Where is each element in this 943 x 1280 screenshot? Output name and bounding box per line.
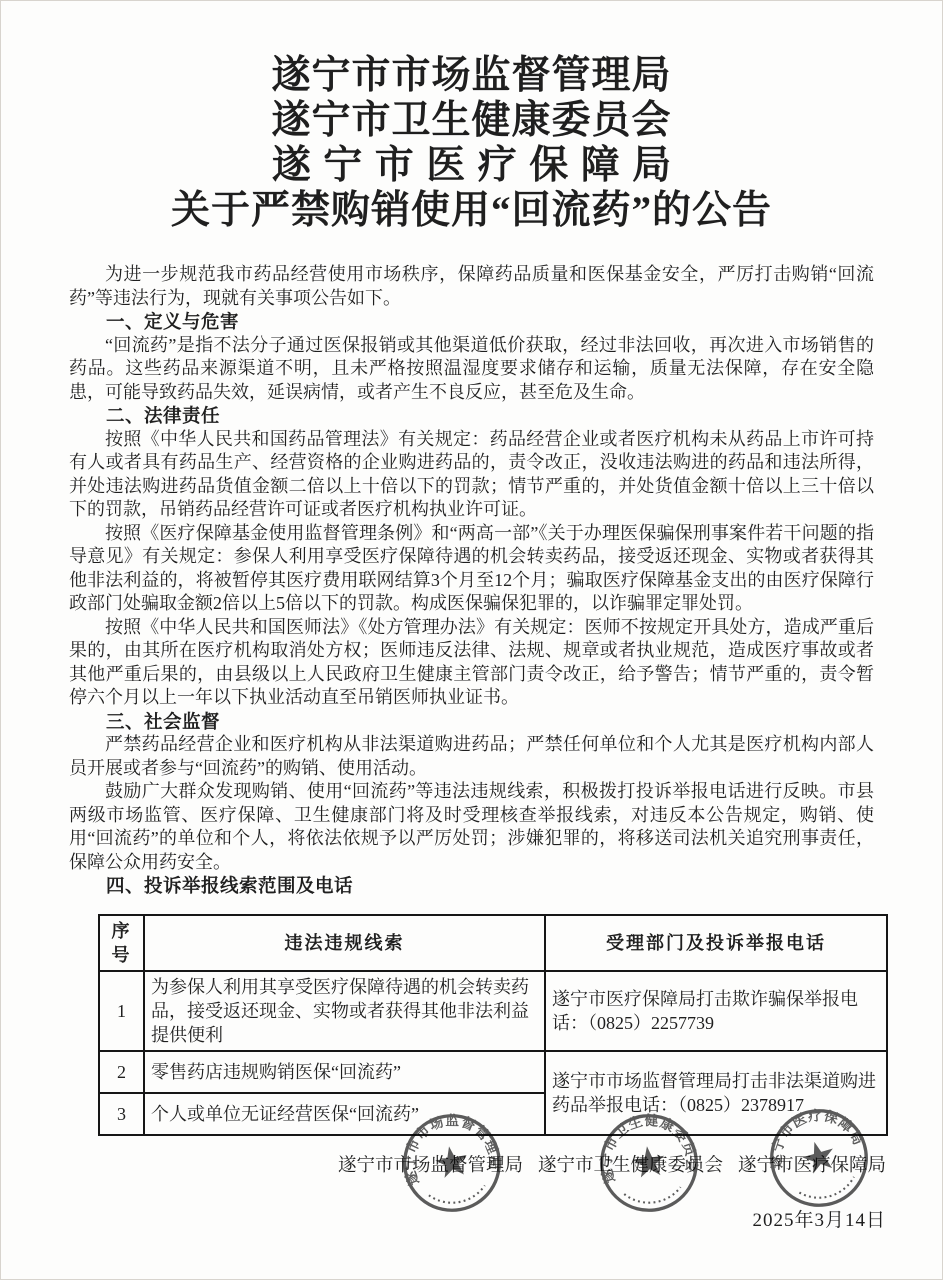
- section-3-paragraph-1: 严禁药品经营企业和医疗机构从非法渠道购进药品；严禁任何单位和个人尤其是医疗机构内…: [69, 733, 874, 780]
- issuing-agency-line-3: 遂宁市医疗保障局: [1, 143, 942, 188]
- signature-agency-2: 遂宁市卫生健康委员会: [538, 1151, 723, 1177]
- section-1-paragraph-1: “回流药”是指不法分子通过医保报销或其他渠道低价获取，经过非法回收，再次进入市场…: [69, 334, 874, 405]
- clue-cell: 个人或单位无证经营医保“回流药”: [144, 1093, 545, 1135]
- row-number-cell: 3: [99, 1093, 144, 1135]
- contact-cell: 遂宁市医疗保障局打击欺诈骗保举报电话：（0825）2257739: [545, 971, 887, 1051]
- seal-bottom-marks: [799, 1177, 857, 1204]
- table-row: 1 为参保人利用其享受医疗保障待遇的机会转卖药品，接受返还现金、实物或者获得其他…: [99, 971, 887, 1051]
- table-header-row: 序号 违法违规线索 受理部门及投诉举报电话: [99, 915, 887, 971]
- row-number-cell: 2: [99, 1051, 144, 1093]
- announcement-subject: 关于严禁购销使用“回流药”的公告: [1, 188, 942, 233]
- intro-paragraph: 为进一步规范我市药品经营使用市场秩序，保障药品质量和医保基金安全，严厉打击购销“…: [69, 263, 874, 310]
- seal-bottom-marks: [429, 1185, 487, 1207]
- header-accepting-department: 受理部门及投诉举报电话: [545, 915, 887, 971]
- section-2-paragraph-3: 按照《中华人民共和国医师法》《处方管理办法》有关规定：医师不按规定开具处方，造成…: [69, 616, 874, 710]
- issuing-agency-line-1: 遂宁市市场监督管理局: [1, 53, 942, 98]
- seal-bottom-marks: [624, 1187, 682, 1206]
- report-channels-table: 序号 违法违规线索 受理部门及投诉举报电话 1 为参保人利用其享受医疗保障待遇的…: [98, 914, 888, 1136]
- section-3-paragraph-2: 鼓励广大群众发现购销、使用“回流药”等违法违规线索，积极拨打投诉举报电话进行反映…: [69, 780, 874, 874]
- announcement-document: 遂宁市市场监督管理局 遂宁市卫生健康委员会 遂宁市医疗保障局 关于严禁购销使用“…: [0, 0, 943, 1280]
- announcement-date: 2025年3月14日: [752, 1205, 886, 1232]
- document-title: 遂宁市市场监督管理局 遂宁市卫生健康委员会 遂宁市医疗保障局 关于严禁购销使用“…: [1, 1, 942, 233]
- signature-agency-3: 遂宁市医疗保障局: [738, 1151, 886, 1177]
- issuing-agency-line-2: 遂宁市卫生健康委员会: [1, 98, 942, 143]
- section-3-heading: 三、社会监督: [69, 710, 874, 734]
- table-row: 2 零售药店违规购销医保“回流药” 遂宁市市场监督管理局打击非法渠道购进药品举报…: [99, 1051, 887, 1093]
- contact-cell-merged: 遂宁市市场监督管理局打击非法渠道购进药品举报电话：（0825）2378917: [545, 1051, 887, 1135]
- signature-agencies: 遂宁市市场监督管理局 遂宁市卫生健康委员会 遂宁市医疗保障局: [338, 1151, 886, 1177]
- section-2-paragraph-1: 按照《中华人民共和国药品管理法》有关规定：药品经营企业或者医疗机构未从药品上市许…: [69, 428, 874, 522]
- section-2-paragraph-2: 按照《医疗保障基金使用监督管理条例》和“两高一部”《关于办理医保骗保刑事案件若干…: [69, 522, 874, 616]
- signature-agency-1: 遂宁市市场监督管理局: [338, 1151, 523, 1177]
- section-1-heading: 一、定义与危害: [69, 310, 874, 334]
- header-violation-clue: 违法违规线索: [144, 915, 545, 971]
- section-4-heading: 四、投诉举报线索范围及电话: [69, 874, 874, 898]
- document-body: 为进一步规范我市药品经营使用市场秩序，保障药品质量和医保基金安全，严厉打击购销“…: [1, 263, 942, 1136]
- header-row-number: 序号: [99, 915, 144, 971]
- section-2-heading: 二、法律责任: [69, 404, 874, 428]
- clue-cell: 零售药店违规购销医保“回流药”: [144, 1051, 545, 1093]
- clue-cell: 为参保人利用其享受医疗保障待遇的机会转卖药品，接受返还现金、实物或者获得其他非法…: [144, 971, 545, 1051]
- row-number-cell: 1: [99, 971, 144, 1051]
